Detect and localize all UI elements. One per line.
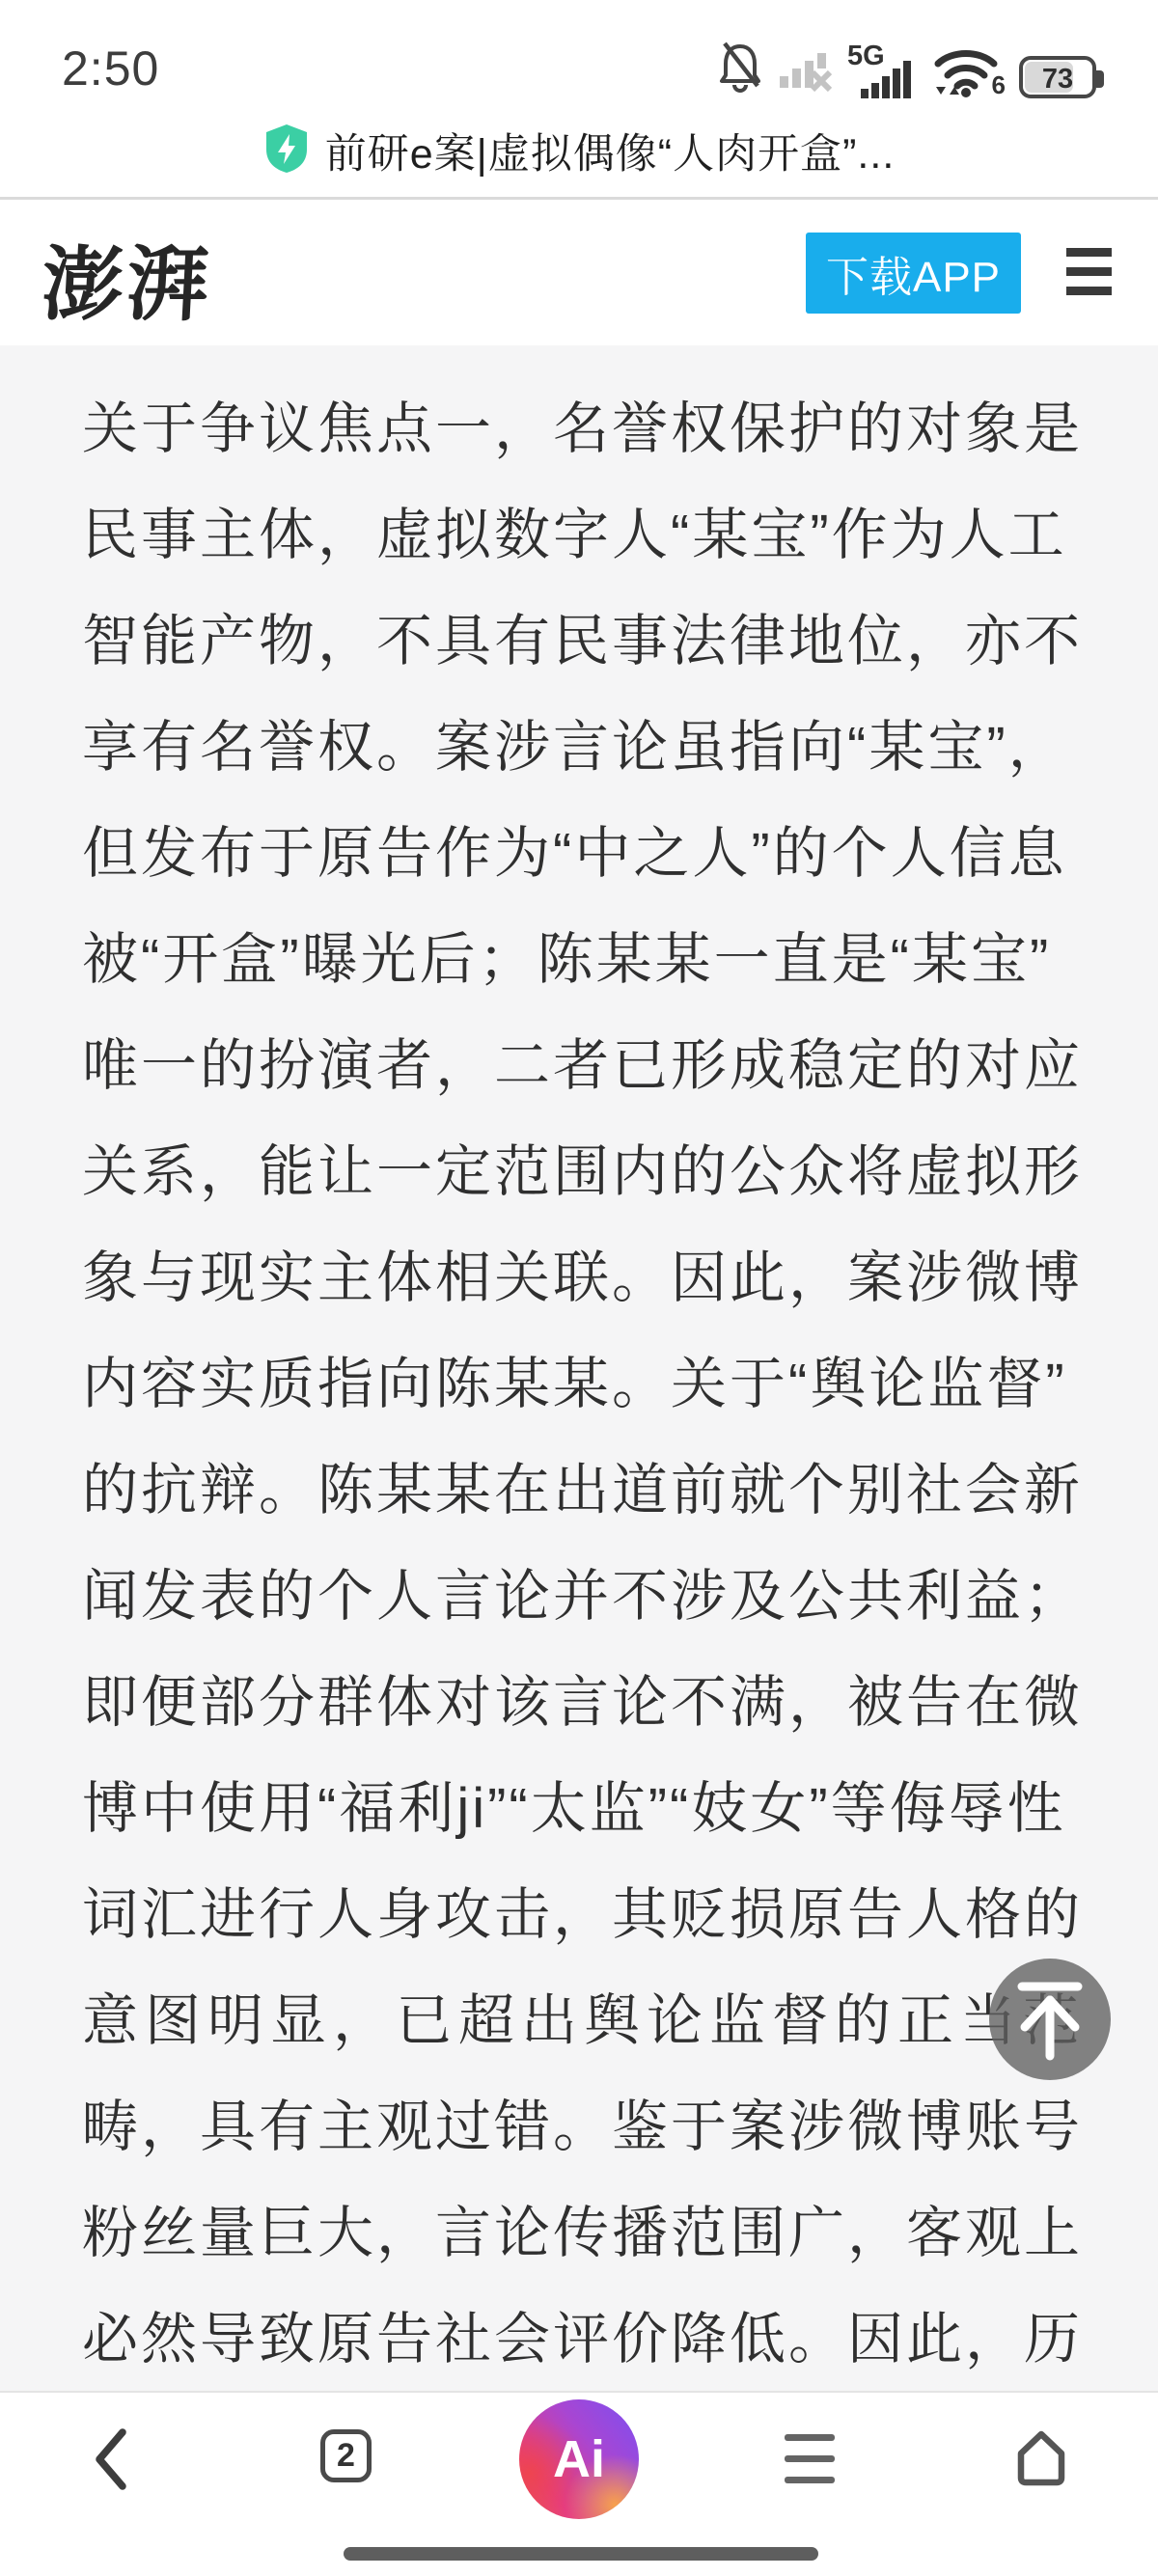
article-line: 博中使用“福利ji”“太监”“妓女”等侮辱性: [82, 1756, 1090, 1862]
battery-icon: 73: [1019, 56, 1096, 98]
chevron-left-icon: [93, 2480, 129, 2494]
article-line: 闻发表的个人言论并不涉及公共利益；: [82, 1544, 1090, 1650]
download-app-button[interactable]: 下载APP: [806, 233, 1021, 314]
security-shield-icon: [263, 123, 310, 179]
article-line: 的抗辩。陈某某在出道前就个别社会新: [82, 1438, 1090, 1544]
ai-label: Ai: [553, 2429, 605, 2489]
back-button[interactable]: [93, 2427, 129, 2494]
article-line: 被“开盒”曝光后；陈某某一直是“某宝”: [82, 907, 1090, 1013]
tab-switcher-button[interactable]: 2: [320, 2429, 372, 2482]
wifi-icon: 6: [930, 44, 1004, 98]
battery-percent: 73: [1023, 64, 1092, 96]
wifi6-label: 6: [992, 70, 1006, 100]
menu-button[interactable]: [785, 2434, 835, 2487]
article-line: 关于争议焦点一，名誉权保护的对象是: [82, 376, 1090, 482]
site-header: 澎湃 下载APP: [0, 203, 1158, 345]
article-line: 象与现实主体相关联。因此，案涉微博: [82, 1225, 1090, 1331]
clock: 2:50: [62, 41, 159, 96]
menu-icon: [785, 2434, 835, 2441]
article-line: 意图明显，已超出舆论监督的正当范: [82, 1968, 1090, 2074]
bottom-nav: 2 Ai: [0, 2391, 1158, 2576]
home-indicator-bar[interactable]: [344, 2547, 818, 2561]
article-line: 唯一的扮演者，二者已形成稳定的对应: [82, 1013, 1090, 1119]
article-line: 内容实质指向陈某某。关于“舆论监督”: [82, 1331, 1090, 1438]
page-title: 前研e案|虚拟偶像“人肉开盒”...: [325, 122, 896, 180]
article-line: 粉丝量巨大，言论传播范围广，客观上: [82, 2180, 1090, 2287]
cellular-signal-icon: 5G: [847, 44, 915, 98]
article-line: 必然导致原告社会评价降低。因此，历: [82, 2287, 1090, 2393]
browser-title-bar[interactable]: 前研e案|虚拟偶像“人肉开盒”...: [0, 104, 1158, 200]
arrow-to-top-icon: [989, 1958, 1111, 2082]
network-type-label: 5G: [847, 41, 885, 72]
article-line: 词汇进行人身攻击，其贬损原告人格的: [82, 1862, 1090, 1968]
article-line: 关系，能让一定范围内的公众将虚拟形: [82, 1119, 1090, 1225]
article-line: 但发布于原告作为“中之人”的个人信息: [82, 801, 1090, 907]
article-line: 畴，具有主观过错。鉴于案涉微博账号: [82, 2074, 1090, 2180]
article-line: 享有名誉权。案涉言论虽指向“某宝”，: [82, 695, 1090, 801]
sim2-no-service-icon: [778, 40, 832, 98]
thepaper-logo[interactable]: 澎湃: [40, 220, 215, 337]
header-menu-icon[interactable]: [1066, 248, 1112, 306]
article-line: 即便部分群体对该言论不满，被告在微: [82, 1650, 1090, 1756]
home-icon: [1013, 2475, 1069, 2489]
tab-count: 2: [337, 2437, 355, 2475]
article-line: 民事主体，虚拟数字人“某宝”作为人工: [82, 482, 1090, 589]
article-line: 智能产物，不具有民事法律地位，亦不: [82, 589, 1090, 695]
status-bar: 2:50 5G: [0, 0, 1158, 104]
ai-assistant-button[interactable]: Ai: [519, 2399, 639, 2519]
home-button[interactable]: [1013, 2426, 1069, 2489]
article-body: 关于争议焦点一，名誉权保护的对象是 民事主体，虚拟数字人“某宝”作为人工 智能产…: [0, 345, 1158, 2391]
back-to-top-button[interactable]: [989, 1959, 1111, 2080]
battery-nub: [1096, 70, 1104, 88]
muted-bell-icon: [718, 40, 762, 98]
status-icons: 5G 6 73: [718, 44, 1096, 98]
